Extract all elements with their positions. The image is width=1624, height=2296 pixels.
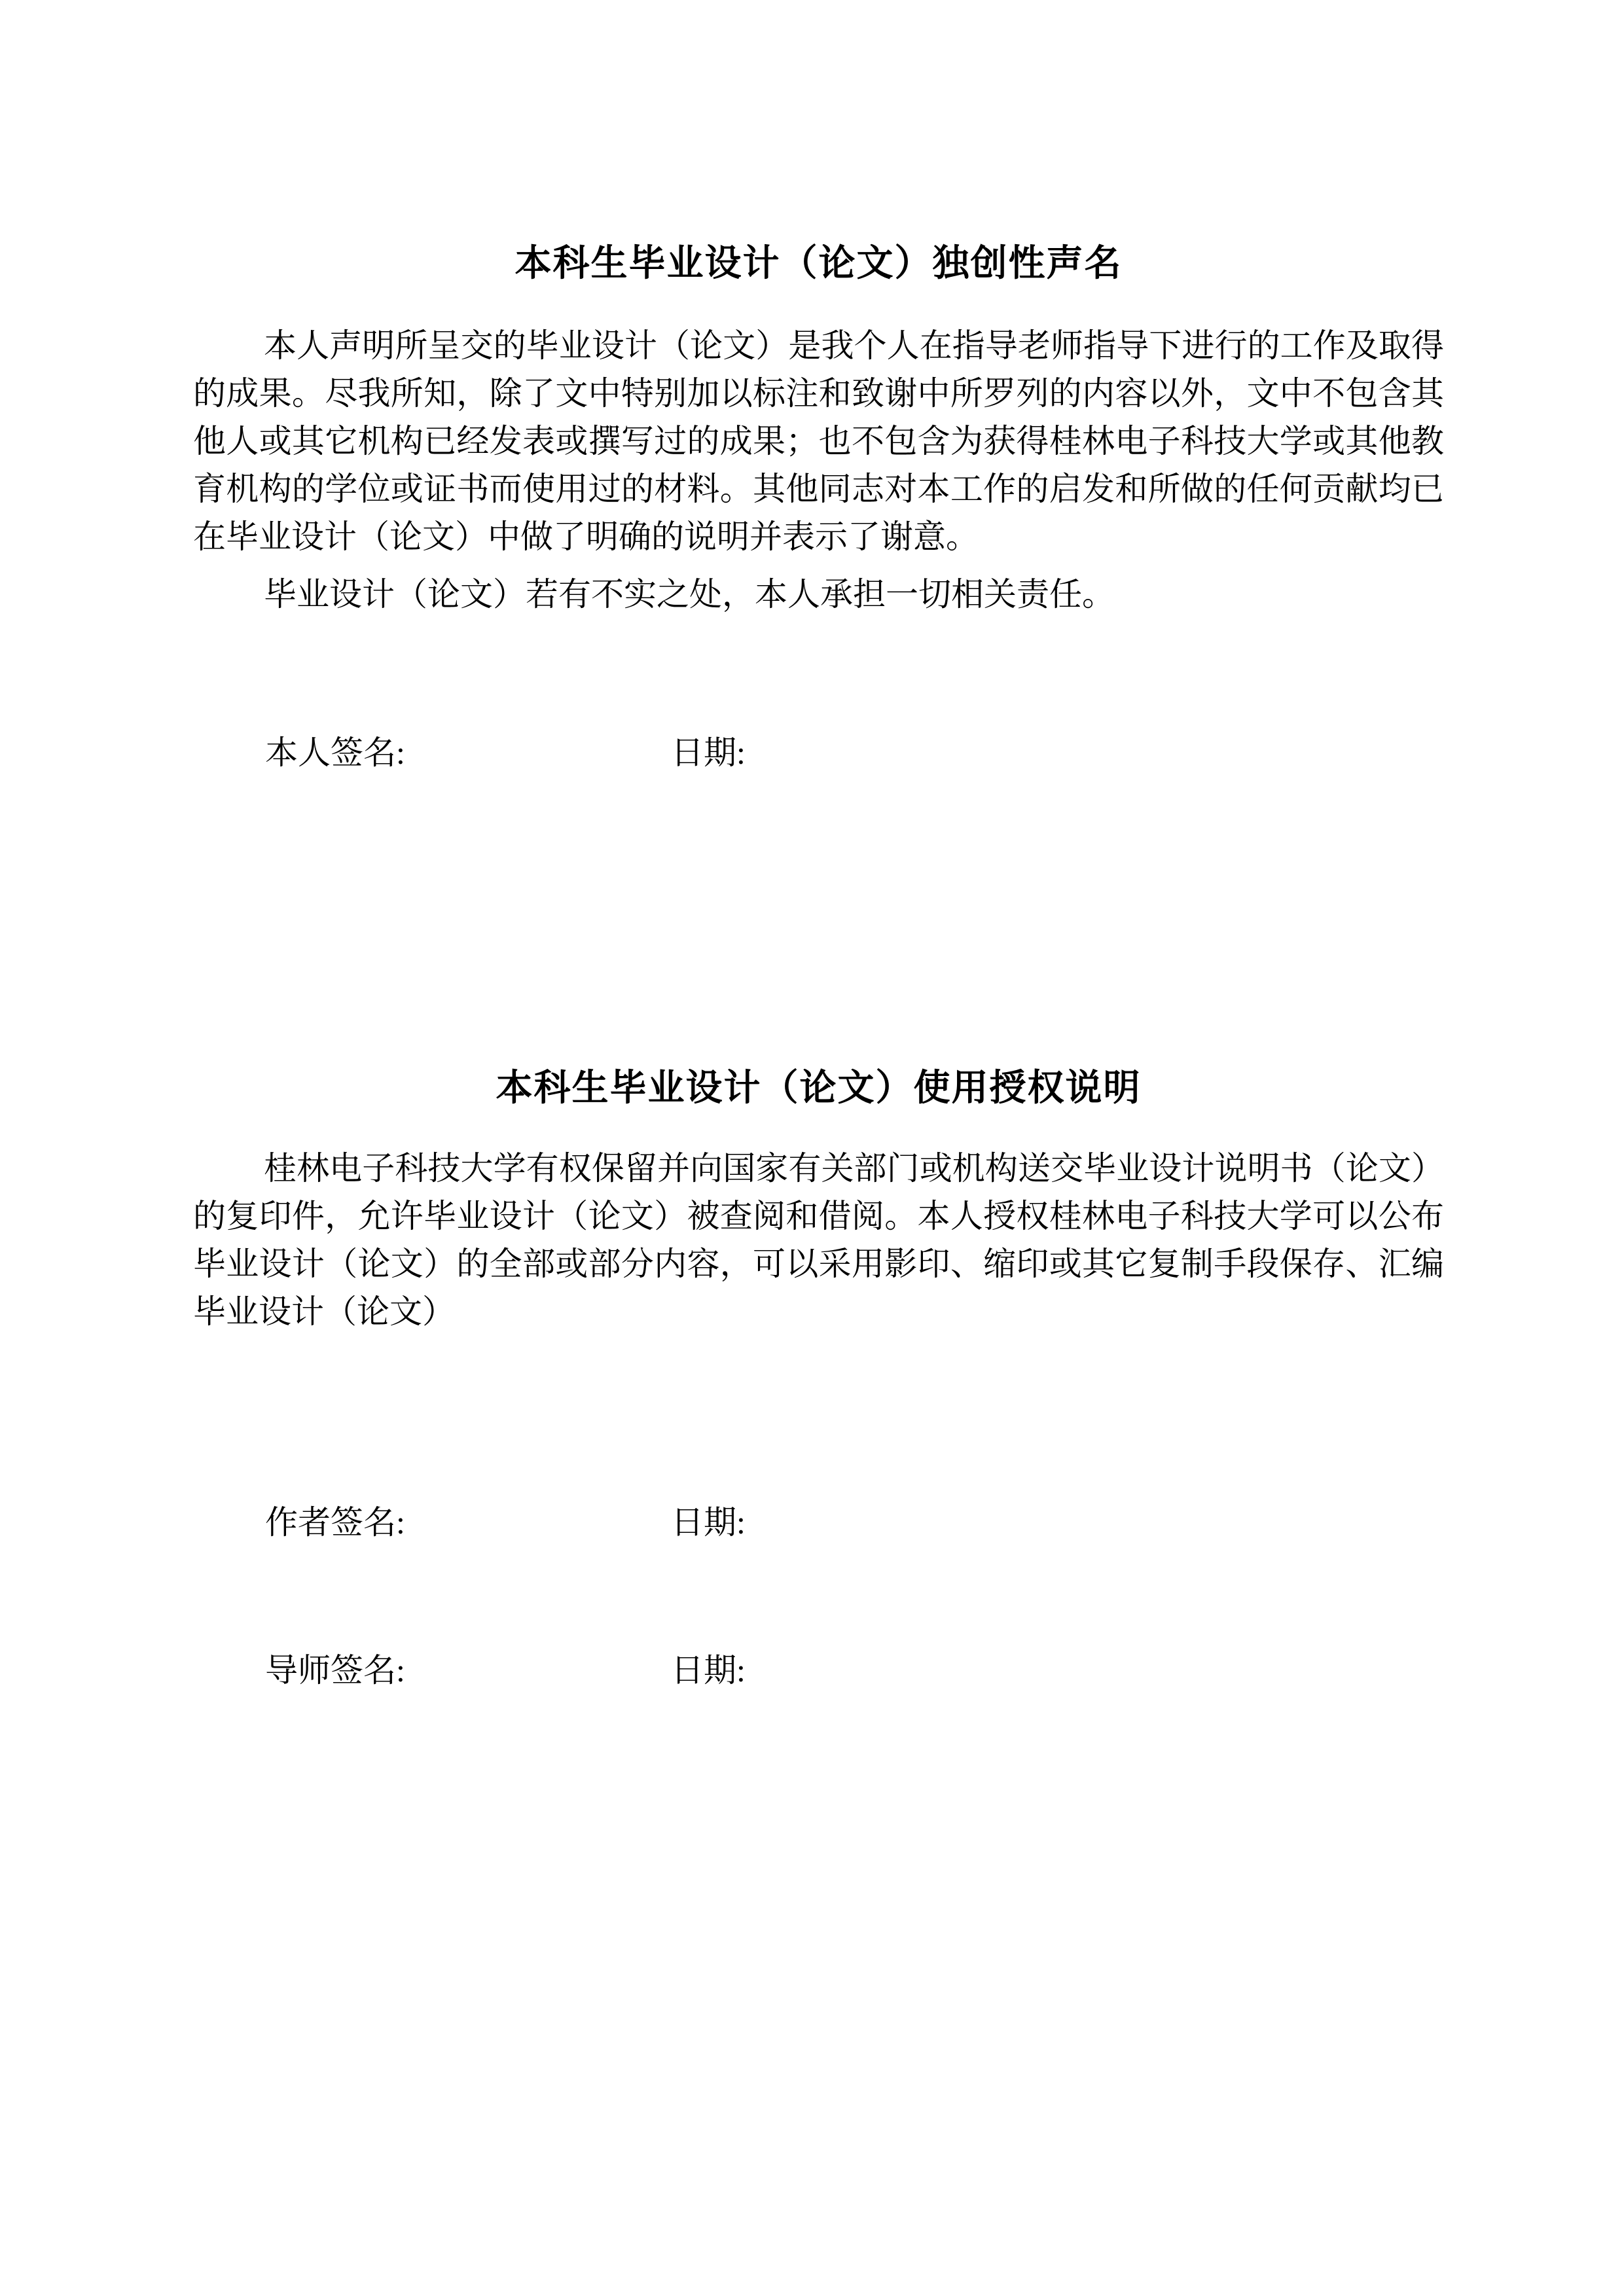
usage-authorization-title: 本科生毕业设计（论文）使用授权说明 — [193, 1067, 1444, 1111]
document-page: 本科生毕业设计（论文）独创性声名 本人声明所呈交的毕业设计（论文）是我个人在指导… — [0, 0, 1624, 2296]
originality-declaration-section: 本科生毕业设计（论文）独创性声名 本人声明所呈交的毕业设计（论文）是我个人在指导… — [193, 242, 1444, 772]
usage-authorization-body: 桂林电子科技大学有权保留并向国家有关部门或机构送交毕业设计说明书（论文）的复印件… — [193, 1145, 1444, 1336]
supervisor-signature-row: 导师签名: 日期: — [193, 1651, 1444, 1690]
author-signature-row: 作者签名: 日期: — [193, 1503, 1444, 1542]
self-signature-date-label: 日期: — [671, 733, 746, 772]
originality-declaration-title: 本科生毕业设计（论文）独创性声名 — [193, 242, 1444, 286]
page-content: 本科生毕业设计（论文）独创性声名 本人声明所呈交的毕业设计（论文）是我个人在指导… — [0, 242, 1624, 1690]
supervisor-signature-label: 导师签名: — [265, 1651, 405, 1690]
originality-declaration-body: 本人声明所呈交的毕业设计（论文）是我个人在指导老师指导下进行的工作及取得的成果。… — [193, 322, 1444, 561]
author-signature-date-label: 日期: — [671, 1503, 746, 1542]
author-signature-label: 作者签名: — [265, 1503, 405, 1542]
originality-liability-statement: 毕业设计（论文）若有不实之处，本人承担一切相关责任。 — [193, 571, 1444, 619]
usage-authorization-section: 本科生毕业设计（论文）使用授权说明 桂林电子科技大学有权保留并向国家有关部门或机… — [193, 1067, 1444, 1690]
supervisor-signature-date-label: 日期: — [671, 1651, 746, 1690]
self-signature-label: 本人签名: — [265, 733, 405, 772]
self-signature-row: 本人签名: 日期: — [193, 733, 1444, 772]
